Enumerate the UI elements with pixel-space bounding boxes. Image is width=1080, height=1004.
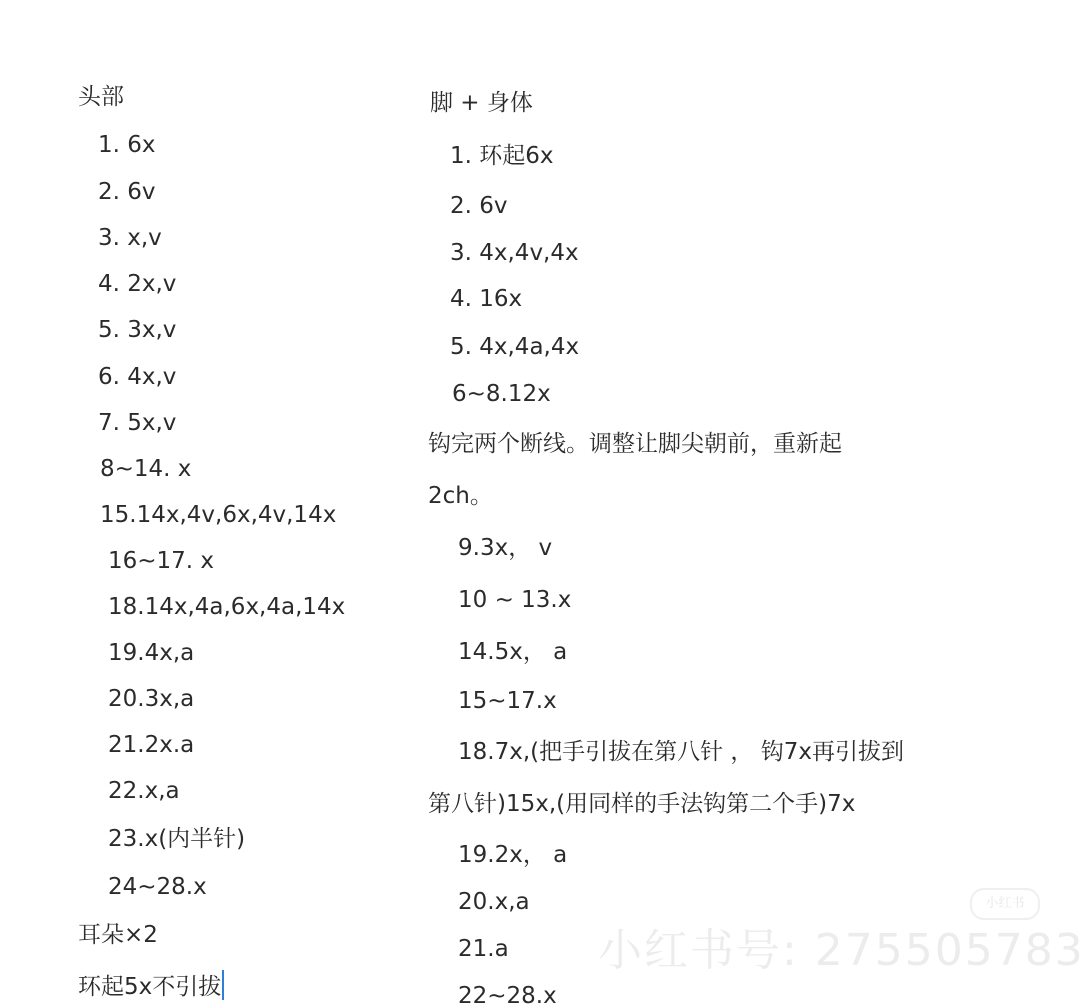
watermark-text: 小红书号: 2755057832	[598, 925, 1080, 977]
list-item: 15~17.x	[458, 686, 557, 716]
list-item: 19.2x， a	[458, 840, 567, 870]
list-item: 10 ~ 13.x	[458, 585, 571, 615]
list-item: 24~28.x	[108, 872, 207, 902]
list-item: 20.3x,a	[108, 684, 194, 714]
list-item: 20.x,a	[458, 887, 530, 917]
list-item: 15.14x,4v,6x,4v,14x	[100, 500, 336, 530]
list-item: 5. 3x,v	[98, 315, 176, 345]
list-item: 19.4x,a	[108, 638, 194, 668]
section-heading-head: 头部	[78, 82, 124, 112]
list-item: 1. 6x	[98, 130, 156, 160]
list-item: 9.3x， v	[458, 533, 552, 563]
list-item-wrapped: 第八针)15x,(用同样的手法钩第二个手)7x	[428, 789, 855, 819]
list-item: 16~17. x	[108, 546, 214, 576]
list-item: 14.5x， a	[458, 637, 567, 667]
note-text-continued: 2ch。	[428, 481, 493, 511]
editable-line[interactable]: 环起5x不引拔	[78, 970, 224, 1002]
watermark-logo-badge: 小红书	[970, 888, 1040, 920]
list-item: 22.x,a	[108, 776, 180, 806]
list-item: 21.2x.a	[108, 730, 194, 760]
list-item: 2. 6v	[98, 177, 156, 207]
list-item: 21.a	[458, 934, 509, 964]
section-heading-feet-body: 脚 + 身体	[430, 88, 533, 118]
list-item: 6~8.12x	[452, 379, 551, 409]
list-item: 3. 4x,4v,4x	[450, 238, 579, 268]
text-cursor	[222, 970, 224, 1000]
list-item: 1. 环起6x	[450, 141, 554, 171]
list-item: 22~28.x	[458, 981, 557, 1004]
list-item: 4. 16x	[450, 284, 522, 314]
list-item: 7. 5x,v	[98, 408, 176, 438]
list-item: 3. x,v	[98, 223, 162, 253]
ears-instruction: 环起5x不引拔	[78, 974, 221, 1000]
list-item: 23.x(内半针)	[108, 824, 245, 854]
list-item: 4. 2x,v	[98, 269, 176, 299]
note-text: 钩完两个断线。调整让脚尖朝前，重新起	[428, 429, 842, 459]
document-page: 头部 1. 6x 2. 6v 3. x,v 4. 2x,v 5. 3x,v 6.…	[0, 0, 1080, 1004]
list-item: 6. 4x,v	[98, 362, 176, 392]
list-item: 5. 4x,4a,4x	[450, 332, 579, 362]
list-item: 18.7x,(把手引拔在第八针 ， 钩7x再引拔到	[458, 737, 904, 767]
list-item: 2. 6v	[450, 191, 508, 221]
list-item: 18.14x,4a,6x,4a,14x	[108, 592, 345, 622]
list-item: 8~14. x	[100, 454, 191, 484]
section-heading-ears: 耳朵×2	[78, 920, 158, 950]
